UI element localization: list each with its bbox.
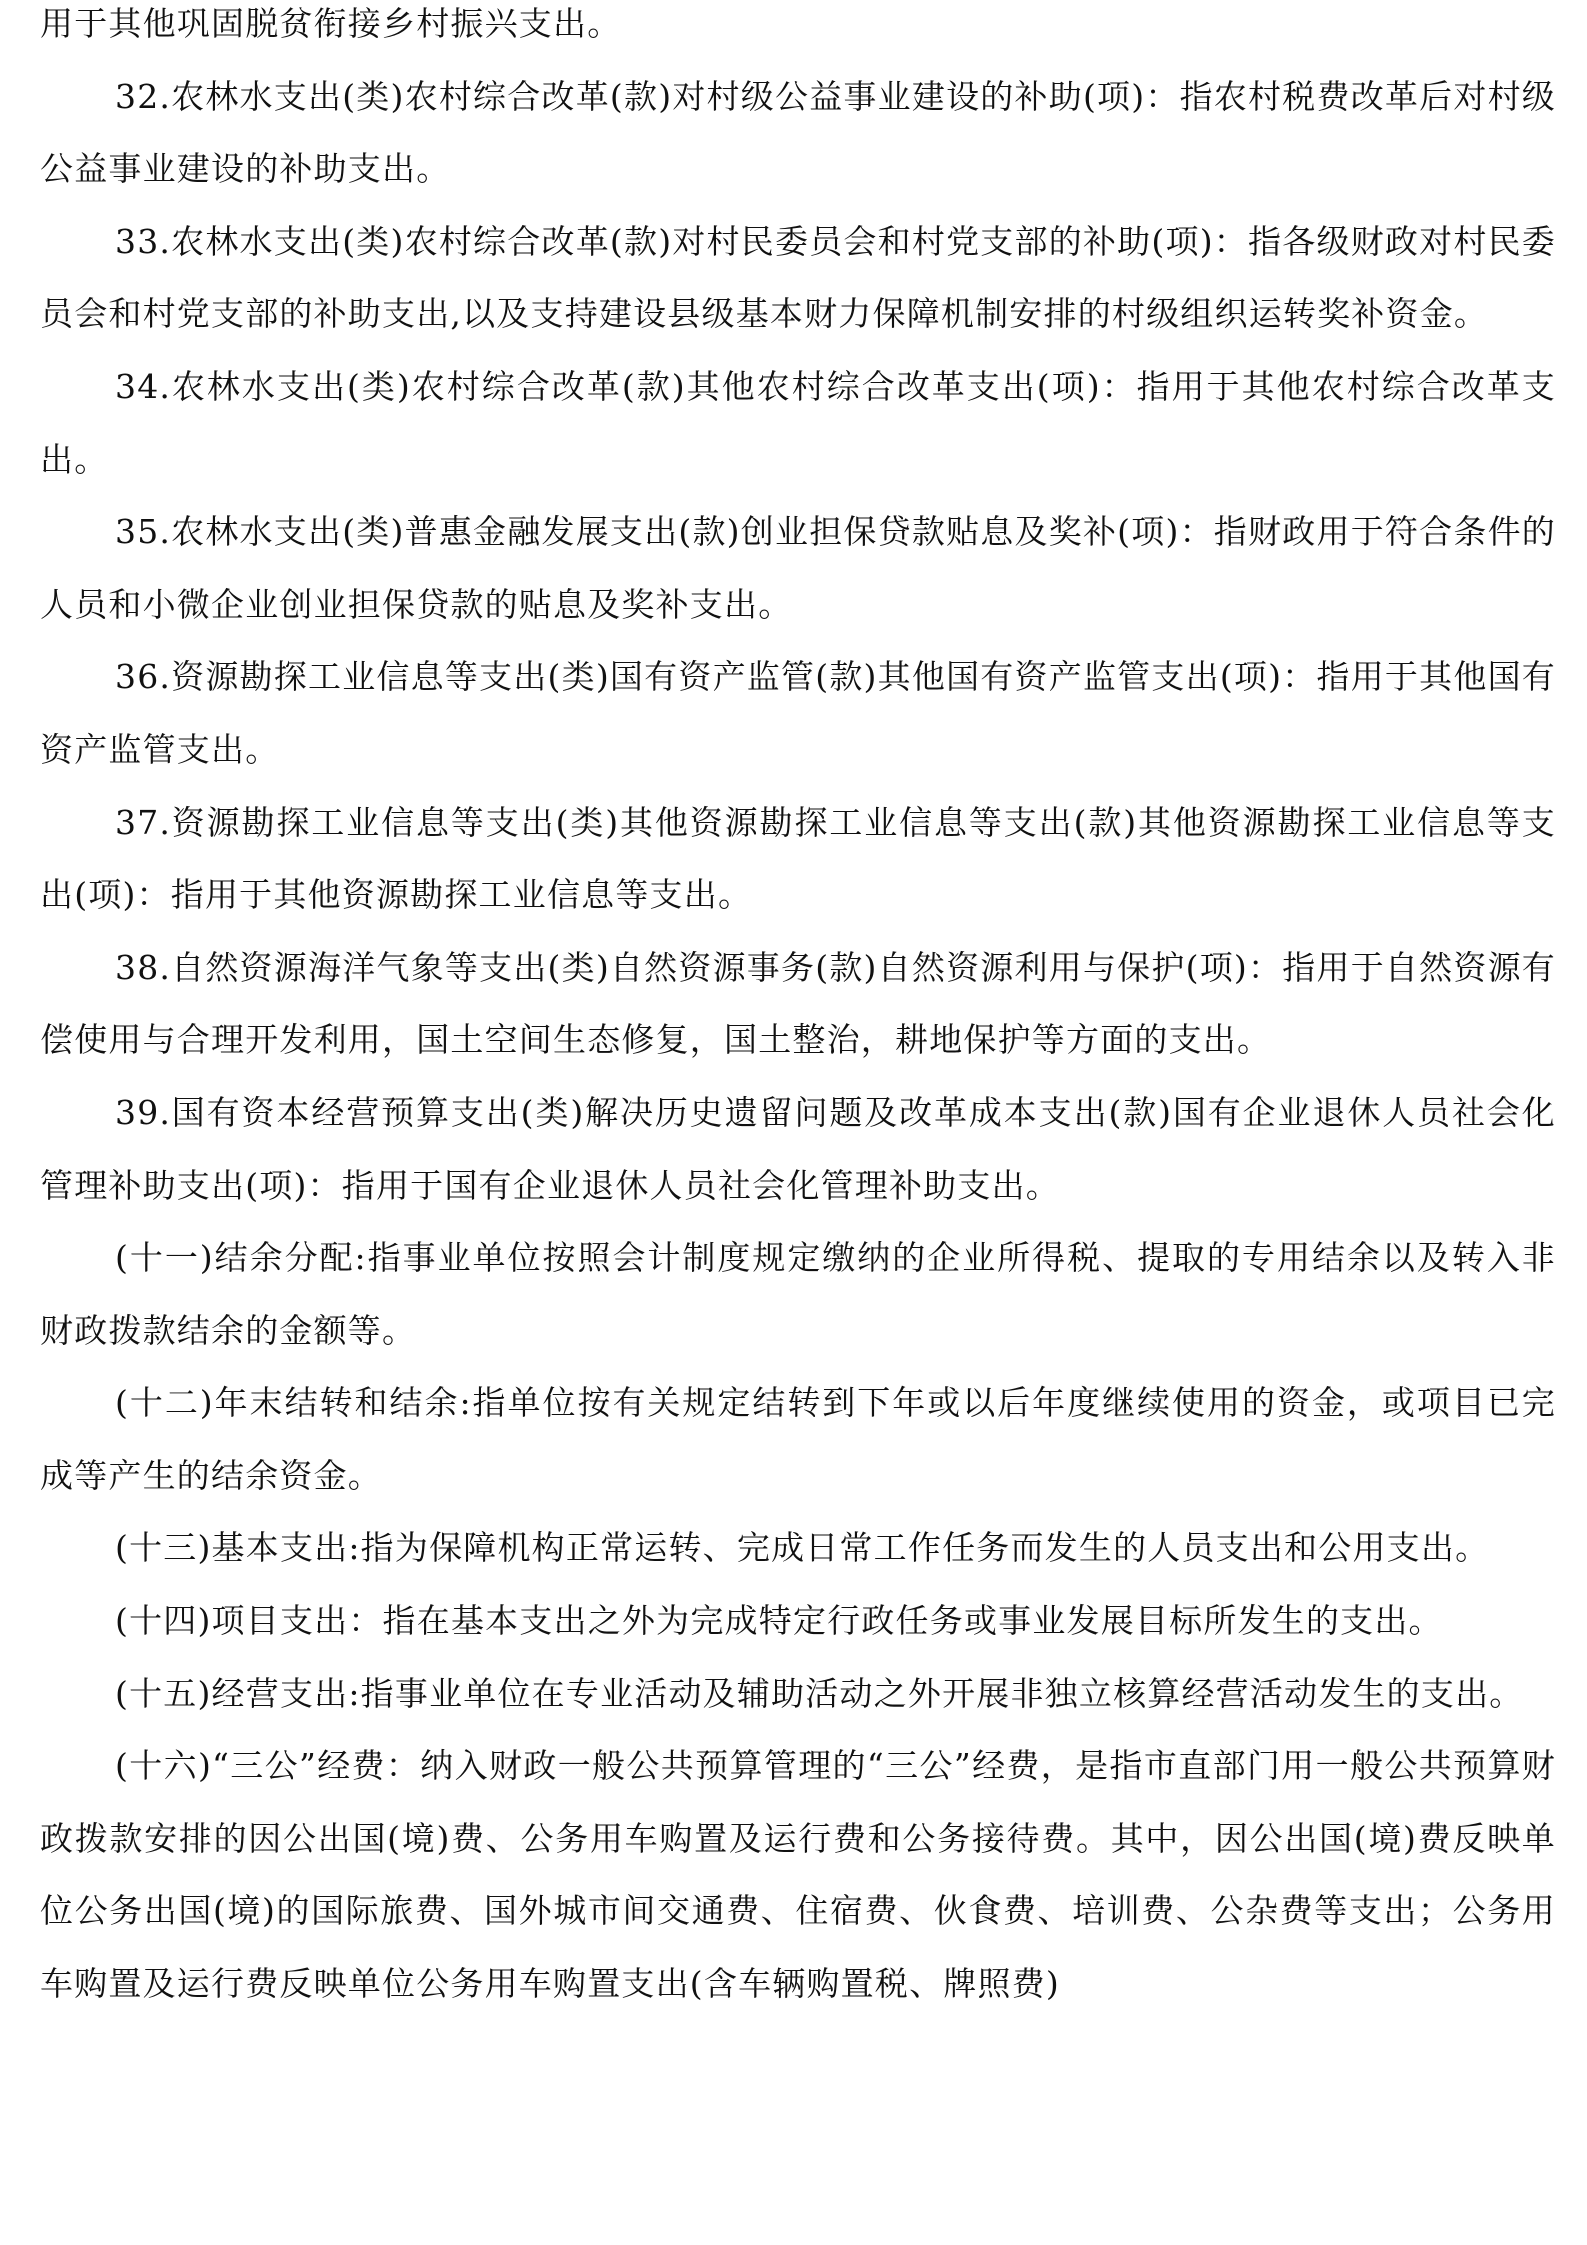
section-11-surplus-distribution: (十一)结余分配:指事业单位按照会计制度规定缴纳的企业所得税、提取的专用结余以及… xyxy=(40,1222,1556,1367)
document-page: 用于其他巩固脱贫衔接乡村振兴支出。 32.农林水支出(类)农村综合改革(款)对村… xyxy=(40,0,1556,2021)
section-12-year-end-carryover: (十二)年末结转和结余:指单位按有关规定结转到下年或以后年度继续使用的资金，或项… xyxy=(40,1367,1556,1512)
paragraph-item-38: 38.自然资源海洋气象等支出(类)自然资源事务(款)自然资源利用与保护(项)：指… xyxy=(40,932,1556,1077)
paragraph-item-37: 37.资源勘探工业信息等支出(类)其他资源勘探工业信息等支出(款)其他资源勘探工… xyxy=(40,787,1556,932)
paragraph-item-33: 33.农林水支出(类)农村综合改革(款)对村民委员会和村党支部的补助(项)：指各… xyxy=(40,206,1556,351)
section-13-basic-expenditure: (十三)基本支出:指为保障机构正常运转、完成日常工作任务而发生的人员支出和公用支… xyxy=(40,1512,1556,1585)
paragraph-item-39: 39.国有资本经营预算支出(类)解决历史遗留问题及改革成本支出(款)国有企业退休… xyxy=(40,1077,1556,1222)
paragraph-item-35: 35.农林水支出(类)普惠金融发展支出(款)创业担保贷款贴息及奖补(项)：指财政… xyxy=(40,496,1556,641)
section-16-three-public-expenses: (十六)“三公”经费：纳入财政一般公共预算管理的“三公”经费，是指市直部门用一般… xyxy=(40,1730,1556,2020)
section-15-operating-expenditure: (十五)经营支出:指事业单位在专业活动及辅助活动之外开展非独立核算经营活动发生的… xyxy=(40,1658,1556,1731)
paragraph-item-34: 34.农林水支出(类)农村综合改革(款)其他农村综合改革支出(项)：指用于其他农… xyxy=(40,351,1556,496)
paragraph-item-31-continuation: 用于其他巩固脱贫衔接乡村振兴支出。 xyxy=(40,0,1556,61)
paragraph-item-32: 32.农林水支出(类)农村综合改革(款)对村级公益事业建设的补助(项)：指农村税… xyxy=(40,61,1556,206)
paragraph-item-36: 36.资源勘探工业信息等支出(类)国有资产监管(款)其他国有资产监管支出(项)：… xyxy=(40,641,1556,786)
section-14-project-expenditure: (十四)项目支出：指在基本支出之外为完成特定行政任务或事业发展目标所发生的支出。 xyxy=(40,1585,1556,1658)
